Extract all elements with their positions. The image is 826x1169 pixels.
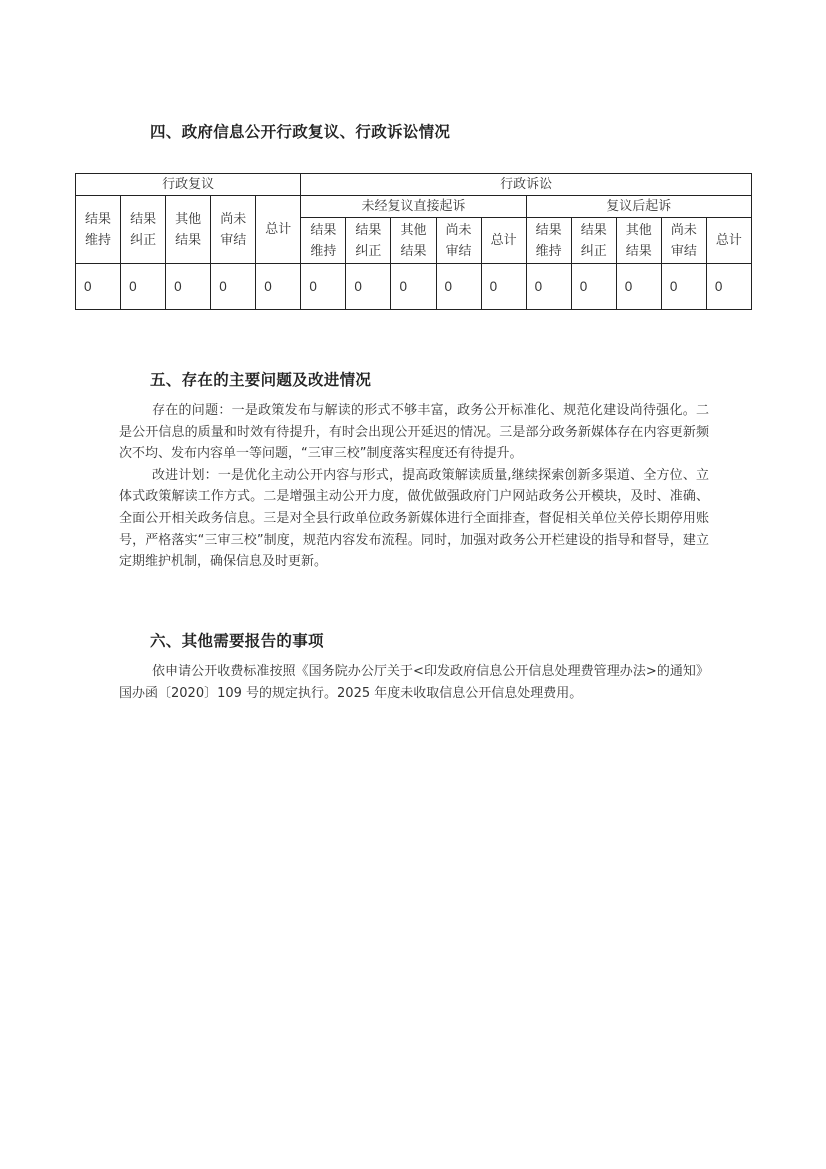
col-review-upheld: 结果维持 <box>76 196 121 264</box>
header-direct-litigation: 未经复议直接起诉 <box>301 196 526 218</box>
header-administrative-litigation: 行政诉讼 <box>301 174 752 196</box>
section-6-body: 依申请公开收费标准按照《国务院办公厅关于<印发政府信息公开信息处理费管理办法>的… <box>119 661 709 704</box>
cell-after-other: 0 <box>616 264 661 310</box>
section-5-body: 存在的问题：一是政策发布与解读的形式不够丰富，政务公开标准化、规范化建设尚待强化… <box>119 400 709 573</box>
fee-standard-paragraph: 依申请公开收费标准按照《国务院办公厅关于<印发政府信息公开信息处理费管理办法>的… <box>119 661 709 704</box>
col-review-other: 其他结果 <box>166 196 211 264</box>
cell-after-pending: 0 <box>661 264 706 310</box>
cell-review-corrected: 0 <box>121 264 166 310</box>
cell-direct-pending: 0 <box>436 264 481 310</box>
section-6-heading: 六、其他需要报告的事项 <box>150 629 324 651</box>
col-direct-total: 总计 <box>481 218 526 264</box>
section-4-heading: 四、政府信息公开行政复议、行政诉讼情况 <box>150 120 450 142</box>
col-direct-upheld: 结果维持 <box>301 218 346 264</box>
cell-direct-other: 0 <box>391 264 436 310</box>
problems-paragraph: 存在的问题：一是政策发布与解读的形式不够丰富，政务公开标准化、规范化建设尚待强化… <box>119 400 709 465</box>
cell-direct-total: 0 <box>481 264 526 310</box>
col-review-total: 总计 <box>256 196 301 264</box>
cell-direct-corrected: 0 <box>346 264 391 310</box>
cell-direct-upheld: 0 <box>301 264 346 310</box>
cell-after-total: 0 <box>706 264 751 310</box>
table-row: 0 0 0 0 0 0 0 0 0 0 0 0 0 0 0 <box>76 264 752 310</box>
improvement-plan-paragraph: 改进计划：一是优化主动公开内容与形式，提高政策解读质量,继续探索创新多渠道、全方… <box>119 465 709 573</box>
review-litigation-table: 行政复议 行政诉讼 结果维持 结果纠正 其他结果 尚未审结 总计 未经复议直接起… <box>75 173 752 310</box>
col-after-other: 其他结果 <box>616 218 661 264</box>
cell-review-total: 0 <box>256 264 301 310</box>
col-review-corrected: 结果纠正 <box>121 196 166 264</box>
col-after-corrected: 结果纠正 <box>571 218 616 264</box>
header-litigation-after-review: 复议后起诉 <box>526 196 751 218</box>
col-direct-pending: 尚未审结 <box>436 218 481 264</box>
cell-after-corrected: 0 <box>571 264 616 310</box>
cell-review-upheld: 0 <box>76 264 121 310</box>
col-after-pending: 尚未审结 <box>661 218 706 264</box>
col-direct-other: 其他结果 <box>391 218 436 264</box>
col-review-pending: 尚未审结 <box>211 196 256 264</box>
header-administrative-review: 行政复议 <box>76 174 301 196</box>
col-direct-corrected: 结果纠正 <box>346 218 391 264</box>
cell-review-pending: 0 <box>211 264 256 310</box>
col-after-total: 总计 <box>706 218 751 264</box>
cell-after-upheld: 0 <box>526 264 571 310</box>
cell-review-other: 0 <box>166 264 211 310</box>
section-5-heading: 五、存在的主要问题及改进情况 <box>150 368 371 390</box>
col-after-upheld: 结果维持 <box>526 218 571 264</box>
